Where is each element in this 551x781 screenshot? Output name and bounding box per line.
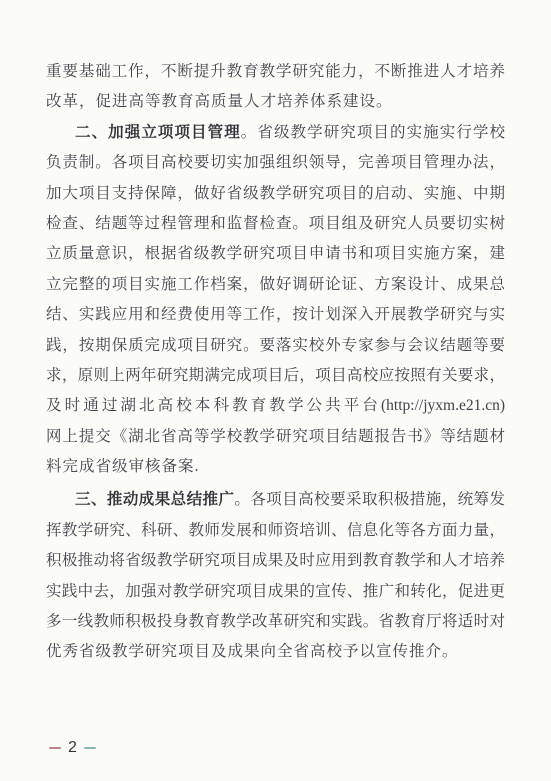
text-line: 二、加强立项项目管理。省级教学研究项目的实施实行学校 xyxy=(46,118,505,148)
text-line: 挥教学研究、科研、教师发展和师资培训、信息化等各方面力量， xyxy=(46,516,505,546)
text-line: 加大项目支持保障，做好省级教学研究项目的启动、实施、中期 xyxy=(46,179,505,209)
text-line: 优秀省级教学研究项目及成果向全省高校予以宣传推介。 xyxy=(46,637,505,667)
text-line: 改革，促进高等教育高质量人才培养体系建设。 xyxy=(46,87,505,117)
footer-dash-left xyxy=(49,747,61,749)
text-line: 积极推动将省级教学研究项目成果及时应用到教育教学和人才培养 xyxy=(46,546,505,576)
text-segment: 。各项目高校要采取积极措施，统筹发 xyxy=(234,491,505,508)
text-line: 实践中去，加强对教学研究项目成果的宣传、推广和转化，促进更 xyxy=(46,577,505,607)
text-line: 结、实践应用和经费使用等工作，按计划深入开展教学研究与实 xyxy=(46,300,505,330)
section-heading: 二、加强立项项目管理 xyxy=(75,124,241,141)
para-continuation: 重要基础工作，不断提升教育教学研究能力，不断推进人才培养改革，促进高等教育高质量… xyxy=(46,57,505,118)
text-segment: 加大项目支持保障，做好省级教学研究项目的启动、实施、中期 xyxy=(46,185,505,202)
document-body: 重要基础工作，不断提升教育教学研究能力，不断推进人才培养改革，促进高等教育高质量… xyxy=(46,57,505,668)
text-line: 三、推动成果总结推广。各项目高校要采取积极措施，统筹发 xyxy=(46,485,505,515)
text-segment: 及时通过湖北高校本科教育教学公共平台(http://jyxm.e21.cn) xyxy=(46,397,505,414)
text-line: 检查、结题等过程管理和监督检查。项目组及研究人员要切实树 xyxy=(46,209,505,239)
text-line: 网上提交《湖北省高等学校教学研究项目结题报告书》等结题材 xyxy=(46,422,505,452)
text-segment: 料完成省级审核备案. xyxy=(46,458,199,475)
text-segment: 改革，促进高等教育高质量人才培养体系建设。 xyxy=(46,93,393,110)
text-line: 及时通过湖北高校本科教育教学公共平台(http://jyxm.e21.cn) xyxy=(46,391,505,421)
text-line: 求，原则上两年研究期满完成项目后，项目高校应按照有关要求， xyxy=(46,361,505,391)
text-segment: 优秀省级教学研究项目及成果向全省高校予以宣传推介。 xyxy=(46,643,459,660)
footer-dash-right xyxy=(84,747,96,749)
text-line: 重要基础工作，不断提升教育教学研究能力，不断推进人才培养 xyxy=(46,57,505,87)
text-segment: 网上提交《湖北省高等学校教学研究项目结题报告书》等结题材 xyxy=(46,428,505,445)
text-line: 立完整的项目实施工作档案，做好调研论证、方案设计、成果总 xyxy=(46,270,505,300)
text-segment: 立质量意识，根据省级教学研究项目申请书和项目实施方案，建 xyxy=(46,245,505,262)
text-segment: 求，原则上两年研究期满完成项目后，项目高校应按照有关要求， xyxy=(46,367,505,384)
text-segment: 检查、结题等过程管理和监督检查。项目组及研究人员要切实树 xyxy=(46,215,505,232)
section-heading: 三、推动成果总结推广 xyxy=(75,491,234,508)
para-section-three: 三、推动成果总结推广。各项目高校要采取积极措施，统筹发挥教学研究、科研、教师发展… xyxy=(46,485,505,667)
text-line: 负责制。各项目高校要切实加强组织领导，完善项目管理办法， xyxy=(46,148,505,178)
text-line: 立质量意识，根据省级教学研究项目申请书和项目实施方案，建 xyxy=(46,239,505,269)
text-line: 料完成省级审核备案. xyxy=(46,452,505,482)
text-segment: 积极推动将省级教学研究项目成果及时应用到教育教学和人才培养 xyxy=(46,552,505,569)
text-segment: 践，按期保质完成项目研究。要落实校外专家参与会议结题等要 xyxy=(46,337,505,354)
text-line: 多一线教师积极投身教育教学改革研究和实践。省教育厅将适时对 xyxy=(46,607,505,637)
document-page: 重要基础工作，不断提升教育教学研究能力，不断推进人才培养改革，促进高等教育高质量… xyxy=(0,0,551,781)
page-number: 2 xyxy=(68,740,77,756)
text-segment: 立完整的项目实施工作档案，做好调研论证、方案设计、成果总 xyxy=(46,276,505,293)
text-line: 践，按期保质完成项目研究。要落实校外专家参与会议结题等要 xyxy=(46,331,505,361)
page-footer: 2 xyxy=(49,738,96,758)
text-segment: 结、实践应用和经费使用等工作，按计划深入开展教学研究与实 xyxy=(46,306,505,323)
text-segment: 重要基础工作，不断提升教育教学研究能力，不断推进人才培养 xyxy=(46,63,505,80)
text-segment: 实践中去，加强对教学研究项目成果的宣传、推广和转化，促进更 xyxy=(46,583,505,600)
para-section-two: 二、加强立项项目管理。省级教学研究项目的实施实行学校负责制。各项目高校要切实加强… xyxy=(46,118,505,483)
text-segment: 负责制。各项目高校要切实加强组织领导，完善项目管理办法， xyxy=(46,154,505,171)
text-segment: 多一线教师积极投身教育教学改革研究和实践。省教育厅将适时对 xyxy=(46,613,505,630)
text-segment: 挥教学研究、科研、教师发展和师资培训、信息化等各方面力量， xyxy=(46,522,505,539)
text-segment: 。省级教学研究项目的实施实行学校 xyxy=(241,124,505,141)
